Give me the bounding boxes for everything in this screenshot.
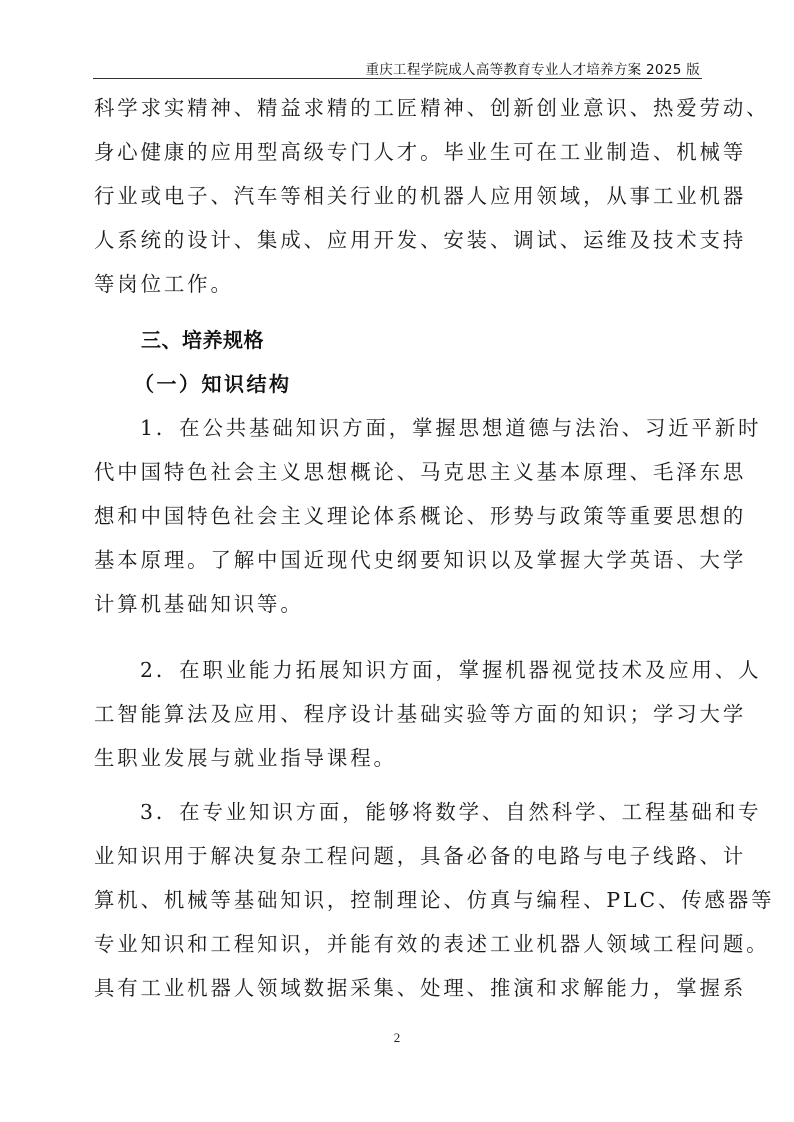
item2-line: 生职业发展与就业指导课程。 (94, 736, 397, 780)
paragraph-line: 行业或电子、汽车等相关行业的机器人应用领域，从事工业机器 (94, 174, 746, 218)
paragraph-line: 等岗位工作。 (94, 262, 234, 306)
paragraph-line: 身心健康的应用型高级专门人才。毕业生可在工业制造、机械等 (94, 130, 746, 174)
item1-line: 代中国特色社会主义思想概论、马克思主义基本原理、毛泽东思 (94, 450, 746, 494)
item3-line: 算机、机械等基础知识，控制理论、仿真与编程、PLC、传感器等 (94, 878, 774, 922)
item2-line: 2．在职业能力拓展知识方面，掌握机器视觉技术及应用、人 (140, 648, 761, 692)
paragraph-line: 人系统的设计、集成、应用开发、安装、调试、运维及技术支持 (94, 218, 746, 262)
item3-line: 业知识用于解决复杂工程问题，具备必备的电路与电子线路、计 (94, 834, 746, 878)
header-title: 重庆工程学院成人高等教育专业人才培养方案 2025 版 (365, 58, 700, 78)
item2-line: 工智能算法及应用、程序设计基础实验等方面的知识；学习大学 (94, 692, 746, 736)
item1-line: 1．在公共基础知识方面，掌握思想道德与法治、习近平新时 (140, 406, 761, 450)
subsection-heading: （一）知识结构 (134, 362, 292, 406)
section-heading: 三、培养规格 (141, 318, 264, 362)
item1-line: 计算机基础知识等。 (94, 582, 304, 626)
paragraph-line: 科学求实精神、精益求精的工匠精神、创新创业意识、热爱劳动、 (94, 86, 769, 130)
item3-line: 3．在专业知识方面，能够将数学、自然科学、工程基础和专 (140, 790, 761, 834)
item1-line: 基本原理。了解中国近现代史纲要知识以及掌握大学英语、大学 (94, 538, 746, 582)
item1-line: 想和中国特色社会主义理论体系概论、形势与政策等重要思想的 (94, 494, 746, 538)
item3-line: 具有工业机器人领域数据采集、处理、推演和求解能力，掌握系 (94, 966, 746, 1010)
page-header: 重庆工程学院成人高等教育专业人才培养方案 2025 版 (93, 58, 702, 79)
page-number: 2 (0, 1030, 794, 1046)
item3-line: 专业知识和工程知识，并能有效的表述工业机器人领域工程问题。 (94, 922, 769, 966)
